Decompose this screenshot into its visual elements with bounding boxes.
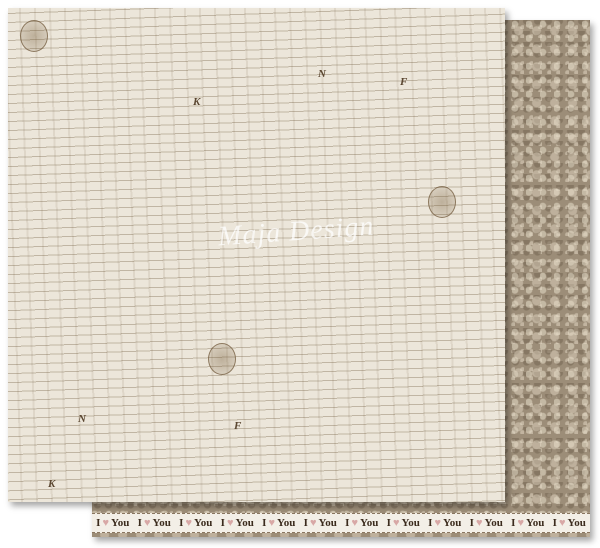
letter-i: I [179, 517, 183, 529]
strip-unit: I♥You [511, 517, 544, 529]
word-you: You [111, 517, 129, 529]
brand-watermark: Maja Design [217, 211, 375, 254]
strip-unit: I♥You [304, 517, 337, 529]
heart-icon: ♥ [102, 517, 109, 529]
letter-i: I [553, 517, 557, 529]
heart-icon: ♥ [268, 517, 275, 529]
heart-icon: ♥ [559, 517, 566, 529]
heart-icon: ♥ [227, 517, 234, 529]
letter-i: I [221, 517, 225, 529]
word-you: You [235, 517, 253, 529]
letter-i: I [387, 517, 391, 529]
strip-unit: I♥You [470, 517, 503, 529]
ship-stamp-icon [428, 186, 456, 218]
ship-stamp-icon [20, 20, 48, 52]
script-letter: K [48, 478, 55, 490]
word-you: You [152, 517, 170, 529]
word-you: You [526, 517, 544, 529]
letter-i: I [470, 517, 474, 529]
word-you: You [443, 517, 461, 529]
word-you: You [567, 517, 585, 529]
script-letter: K [193, 96, 200, 108]
heart-icon: ♥ [144, 517, 151, 529]
word-you: You [401, 517, 419, 529]
heart-icon: ♥ [185, 517, 192, 529]
heart-icon: ♥ [434, 517, 441, 529]
script-letter: N [318, 68, 326, 80]
strip-unit: I♥You [428, 517, 461, 529]
heart-icon: ♥ [351, 517, 358, 529]
word-you: You [484, 517, 502, 529]
strip-unit: I♥You [221, 517, 254, 529]
front-side-script-sheet: N K F N K F Maja Design [8, 8, 505, 502]
script-letter: N [78, 413, 86, 425]
letter-i: I [428, 517, 432, 529]
heart-icon: ♥ [517, 517, 524, 529]
heart-icon: ♥ [476, 517, 483, 529]
word-you: You [277, 517, 295, 529]
letter-i: I [138, 517, 142, 529]
strip-unit: I♥You [345, 517, 378, 529]
strip-unit: I♥You [553, 517, 586, 529]
strip-unit: I♥You [96, 517, 129, 529]
script-letter: F [234, 420, 241, 432]
letter-i: I [511, 517, 515, 529]
strip-unit: I♥You [387, 517, 420, 529]
letter-i: I [304, 517, 308, 529]
script-letter: F [400, 76, 407, 88]
letter-i: I [345, 517, 349, 529]
word-you: You [194, 517, 212, 529]
heart-icon: ♥ [393, 517, 400, 529]
ship-stamp-icon [208, 343, 236, 375]
strip-unit: I♥You [179, 517, 212, 529]
strip-unit: I♥You [262, 517, 295, 529]
letter-i: I [96, 517, 100, 529]
strip-unit: I♥You [138, 517, 171, 529]
i-love-you-border-strip: I♥YouI♥YouI♥YouI♥YouI♥YouI♥YouI♥YouI♥You… [92, 513, 590, 533]
heart-icon: ♥ [310, 517, 317, 529]
letter-i: I [262, 517, 266, 529]
word-you: You [360, 517, 378, 529]
word-you: You [318, 517, 336, 529]
